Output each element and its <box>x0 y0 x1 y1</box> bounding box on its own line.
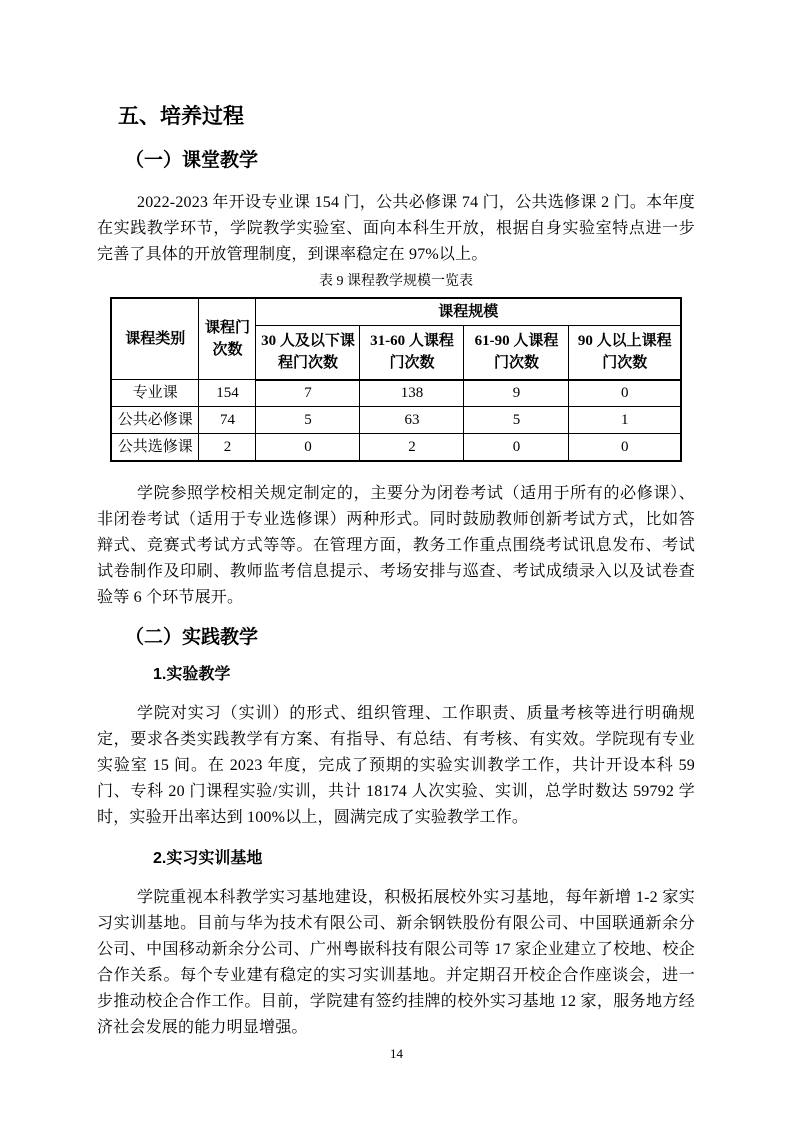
header-course-category: 课程类别 <box>111 298 199 380</box>
table-row-public-elective: 公共选修课 2 0 2 0 0 <box>111 434 681 461</box>
course-scale-table: 课程类别 课程门次数 课程规模 30 人及以下课程门次数 31-60 人课程门次… <box>110 297 682 462</box>
cell-over-90: 0 <box>569 434 681 461</box>
table-header-row-1: 课程类别 课程门次数 课程规模 <box>111 298 681 326</box>
cell-61-90: 0 <box>464 434 569 461</box>
table-row-major-courses: 专业课 154 7 138 9 0 <box>111 380 681 407</box>
cell-category: 专业课 <box>111 380 199 407</box>
sub-subsection-practice-bases: 2.实习实训基地 <box>153 848 695 870</box>
cell-category: 公共必修课 <box>111 407 199 434</box>
table-caption: 表 9 课程教学规模一览表 <box>97 273 695 291</box>
paragraph-exam-management: 学院参照学校相关规定制定的，主要分为闭卷考试（适用于所有的必修课）、非闭卷考试（… <box>97 481 695 611</box>
sub-subsection-experiment-teaching: 1.实验教学 <box>153 664 695 686</box>
header-scale-61-90: 61-90 人课程门次数 <box>464 326 569 380</box>
header-scale-over-90: 90 人以上课程门次数 <box>569 326 681 380</box>
cell-category: 公共选修课 <box>111 434 199 461</box>
cell-over-90: 0 <box>569 380 681 407</box>
cell-under-30: 5 <box>256 407 360 434</box>
cell-over-90: 1 <box>569 407 681 434</box>
header-course-scale-group: 课程规模 <box>256 298 681 326</box>
document-page: 五、培养过程 （一）课堂教学 2022-2023 年开设专业课 154 门，公共… <box>0 0 793 1122</box>
cell-total: 74 <box>199 407 256 434</box>
header-scale-31-60: 31-60 人课程门次数 <box>360 326 464 380</box>
cell-61-90: 9 <box>464 380 569 407</box>
cell-under-30: 7 <box>256 380 360 407</box>
header-course-total: 课程门次数 <box>199 298 256 380</box>
cell-31-60: 2 <box>360 434 464 461</box>
cell-31-60: 138 <box>360 380 464 407</box>
subsection-heading-classroom-teaching: （一）课堂教学 <box>125 147 695 174</box>
paragraph-course-counts: 2022-2023 年开设专业课 154 门，公共必修课 74 门，公共选修课 … <box>97 190 695 268</box>
section-heading-training-process: 五、培养过程 <box>118 103 695 131</box>
subsection-heading-practice-teaching: （二）实践教学 <box>125 624 695 651</box>
cell-total: 2 <box>199 434 256 461</box>
cell-total: 154 <box>199 380 256 407</box>
paragraph-experiment-teaching: 学院对实习（实训）的形式、组织管理、工作职责、质量考核等进行明确规定，要求各类实… <box>97 701 695 831</box>
header-scale-under-30: 30 人及以下课程门次数 <box>256 326 360 380</box>
cell-61-90: 5 <box>464 407 569 434</box>
cell-31-60: 63 <box>360 407 464 434</box>
page-number: 14 <box>0 1046 793 1062</box>
table-row-public-required: 公共必修课 74 5 63 5 1 <box>111 407 681 434</box>
paragraph-practice-bases: 学院重视本科教学实习基地建设，积极拓展校外实习基地，每年新增 1-2 家实习实训… <box>97 885 695 1041</box>
cell-under-30: 0 <box>256 434 360 461</box>
